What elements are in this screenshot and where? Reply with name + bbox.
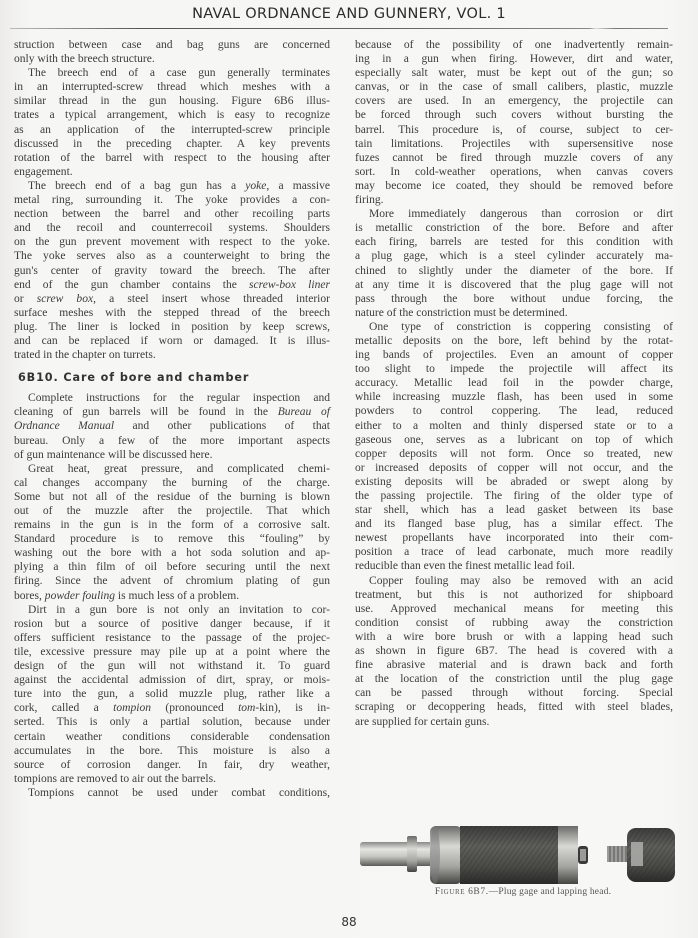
text-line: design of the gun will not withstand it.… — [14, 659, 330, 673]
term-powder-fouling: powder fouling — [45, 590, 115, 602]
pronunciation: tom — [238, 702, 255, 714]
text-line: Standard procedure is to remove this “fo… — [14, 532, 330, 546]
text-line: More immediately dangerous than corrosio… — [355, 207, 673, 221]
text-line: cal changes accompany the burning of the… — [14, 476, 330, 490]
book-page: NAVAL ORDNANCE AND GUNNERY, VOL. 1 struc… — [0, 0, 698, 938]
text-line: trates a typical arrangement, which is e… — [14, 108, 330, 122]
text-line: cleaning of gun barrels will be found in… — [14, 405, 330, 419]
text-line: surface meshes with the stepped thread o… — [14, 306, 330, 320]
text-line: sort. In cold-weather operations, when c… — [355, 165, 673, 179]
text-line: because of the possibility of one inadve… — [355, 38, 673, 52]
text-line: newest propellants have incorporated int… — [355, 531, 673, 545]
text-line: existing deposits will be abraded or swe… — [355, 475, 673, 489]
text-line: firing. Since the advent of chromium pla… — [14, 574, 330, 588]
figure-caption: Figure 6B7.—Plug gage and lapping head. — [358, 887, 688, 897]
text-line: One type of constriction is coppering co… — [355, 320, 673, 334]
term-screw-box: screw box — [37, 293, 93, 305]
text-line: ing in a gun when firing. However, dirt … — [355, 52, 673, 66]
text-line: at the location of the constriction unti… — [355, 672, 673, 686]
text-line: Copper fouling may also be removed with … — [355, 574, 673, 588]
text-line: certain weather conditions considerable … — [14, 730, 330, 744]
header-rule — [10, 28, 668, 29]
text-line: tompions are removed to air out the barr… — [14, 772, 330, 786]
figure-caption-text: —Plug gage and lapping head. — [489, 887, 611, 897]
text-line: firing. — [355, 193, 673, 207]
paragraph: Complete instructions for the regular in… — [14, 391, 330, 461]
text-line: only with the breech structure. — [14, 52, 330, 66]
text-line: discussed in the preceding chapter. A ke… — [14, 137, 330, 151]
text-line: bureau. Only a few of the more important… — [14, 434, 330, 448]
text-line: Complete instructions for the regular in… — [14, 391, 330, 405]
text-line: the passing projectile. The firing of th… — [355, 489, 673, 503]
text-line: covers are used. In an emergency, the pr… — [355, 94, 673, 108]
text-line: condition consist of rubbing away the co… — [355, 616, 673, 630]
text-line: serted. This is only a partial solution,… — [14, 715, 330, 729]
text-line: may become ice coated, they should be re… — [355, 179, 673, 193]
text-line: star shell, which has a lead gasket betw… — [355, 503, 673, 517]
page-number: 88 — [0, 915, 698, 929]
text-line: either to a molten and thinly dispersed … — [355, 419, 673, 433]
text-line: use. Approved mechanical means for meeti… — [355, 602, 673, 616]
text-line: of gun maintenance will be discussed her… — [14, 448, 330, 462]
text-line: treatment, but this is not authorized fo… — [355, 588, 673, 602]
text-line: The breech end of a bag gun has a yoke, … — [14, 179, 330, 193]
text-line: source of corrosion danger. In fair, dry… — [14, 758, 330, 772]
text-line: engagement. — [14, 165, 330, 179]
plug-gage-icon — [355, 818, 685, 890]
text-line: tain limitations. Projectiles with super… — [355, 137, 673, 151]
text-line: in an interrupted-screw thread which mes… — [14, 80, 330, 94]
text-line: accuracy. Metallic lead foil in the powd… — [355, 376, 673, 390]
text-line: each firing, barrels are tested for this… — [355, 235, 673, 249]
text-line: at any time it is discovered that the pl… — [355, 278, 673, 292]
text-line: on the gun prevent movement with respect… — [14, 235, 330, 249]
text-line: are supplied for certain guns. — [355, 715, 673, 729]
left-column: struction between case and bag guns are … — [14, 38, 330, 800]
plug-gage-and-lapping-head-illustration — [355, 818, 685, 890]
text-line: cork, called a tompion (pronounced tom-k… — [14, 701, 330, 715]
text-line: Dirt in a gun bore is not only an invita… — [14, 603, 330, 617]
text-line: The breech end of a case gun generally t… — [14, 66, 330, 80]
text-line: with a wire bore brush or with a lapping… — [355, 630, 673, 644]
text-line: plying a thin film of oil before securin… — [14, 560, 330, 574]
text-line: Great heat, great pressure, and complica… — [14, 462, 330, 476]
section-heading: 6B10. Care of bore and chamber — [18, 371, 330, 385]
paragraph: Tompions cannot be used under combat con… — [14, 786, 330, 800]
text-line: against the accidental admission of dirt… — [14, 673, 330, 687]
text-line: fuzes cannot be fired through muzzle cov… — [355, 151, 673, 165]
text-line: canvas, or in the case of small calibers… — [355, 80, 673, 94]
figure-label: Figure 6B7. — [435, 887, 489, 897]
text-line: barrel. This procedure is, of course, su… — [355, 123, 673, 137]
text-line: tile, excessive pressure may pile up at … — [14, 645, 330, 659]
text-line: can be passed through without forcing. S… — [355, 686, 673, 700]
running-title: NAVAL ORDNANCE AND GUNNERY, VOL. 1 — [0, 6, 698, 22]
publication-title: Ordnance Manual — [14, 420, 114, 432]
text-line: rotation of the barrel with respect to t… — [14, 151, 330, 165]
text-line: gun's center of gravity toward the breec… — [14, 264, 330, 278]
text-line: or increased deposits of copper will not… — [355, 461, 673, 475]
text-line: ing bands of projectiles. Even an amount… — [355, 348, 673, 362]
paragraph: because of the possibility of one inadve… — [355, 38, 673, 207]
text-line: be forced through such covers without bu… — [355, 108, 673, 122]
text-line: while increasing muzzle flash, has been … — [355, 390, 673, 404]
paragraph: The breech end of a case gun generally t… — [14, 66, 330, 179]
text-line: too slight to impede the projectile will… — [355, 362, 673, 376]
text-line: pass through the bore without undue forc… — [355, 292, 673, 306]
text-line: chined to slightly under the diameter of… — [355, 264, 673, 278]
term-yoke: yoke — [245, 180, 266, 192]
text-line: accumulates in the bore. This moisture i… — [14, 744, 330, 758]
text-line: ture into the gun, a solid muzzle plug, … — [14, 687, 330, 701]
text-line: position a trace of lead carbonate, much… — [355, 545, 673, 559]
term-screw-box-liner: screw-box liner — [249, 279, 330, 291]
right-column: because of the possibility of one inadve… — [355, 38, 673, 729]
text-line: and the recoil and counterrecoil systems… — [14, 221, 330, 235]
text-line: struction between case and bag guns are … — [14, 38, 330, 52]
paragraph: More immediately dangerous than corrosio… — [355, 207, 673, 320]
text-line: nature of the constriction must be deter… — [355, 306, 673, 320]
text-line: bores, powder fouling is much less of a … — [14, 589, 330, 603]
text-line: as an application of the interrupted-scr… — [14, 123, 330, 137]
text-line: as shown in figure 6B7. The head is cove… — [355, 644, 673, 658]
text-line: washing out the bore with a hot soda sol… — [14, 546, 330, 560]
text-line: metal ring, surrounding it. The yoke pro… — [14, 193, 330, 207]
paragraph: Copper fouling may also be removed with … — [355, 574, 673, 729]
paragraph: One type of constriction is coppering co… — [355, 320, 673, 574]
text-line: plug. The liner is locked in position by… — [14, 320, 330, 334]
text-line: and can be replaced if worn or damaged. … — [14, 334, 330, 348]
publication-title: Bureau of — [278, 406, 330, 418]
term-tompion: tompion — [113, 702, 151, 714]
text-line: powders to control coppering. The lead, … — [355, 404, 673, 418]
text-line: offers sufficient resistance to the pass… — [14, 631, 330, 645]
text-line: trated in the chapter on turrets. — [14, 348, 330, 362]
paragraph: Dirt in a gun bore is not only an invita… — [14, 603, 330, 786]
text-line: a plug gage, which is a steel cylinder a… — [355, 249, 673, 263]
text-line: remains in the gun is in the form of a c… — [14, 518, 330, 532]
text-line: gaseous one, serves as a lubricant on to… — [355, 433, 673, 447]
text-line: out of the muzzle after the projectile. … — [14, 504, 330, 518]
text-line: metallic deposits on the bore, left behi… — [355, 334, 673, 348]
text-line: is metallic constriction of the bore. Be… — [355, 221, 673, 235]
text-line: end of the gun chamber contains the scre… — [14, 278, 330, 292]
paragraph: struction between case and bag guns are … — [14, 38, 330, 66]
paragraph: Great heat, great pressure, and complica… — [14, 462, 330, 603]
text-line: or screw box, a steel insert whose threa… — [14, 292, 330, 306]
text-line: The yoke serves also as a counterweight … — [14, 249, 330, 263]
text-line: scraping or decoppering heads, fitted wi… — [355, 700, 673, 714]
text-line: fine abrasive material and is drawn back… — [355, 658, 673, 672]
text-line: similar thread in the gun housing. Figur… — [14, 94, 330, 108]
text-line: nection between the barrel and other rec… — [14, 207, 330, 221]
text-line: Tompions cannot be used under combat con… — [14, 786, 330, 800]
text-line: Ordnance Manual and other publications o… — [14, 419, 330, 433]
text-line: and its flanged base plug, has a similar… — [355, 517, 673, 531]
text-line: copper deposits will not form. Once so t… — [355, 447, 673, 461]
text-line: rosion but a source of positive danger b… — [14, 617, 330, 631]
paragraph: The breech end of a bag gun has a yoke, … — [14, 179, 330, 362]
text-line: reducible than even the finest metallic … — [355, 559, 673, 573]
text-line: especially salt water, must be kept out … — [355, 66, 673, 80]
text-line: Some but not all of the residue of the b… — [14, 490, 330, 504]
